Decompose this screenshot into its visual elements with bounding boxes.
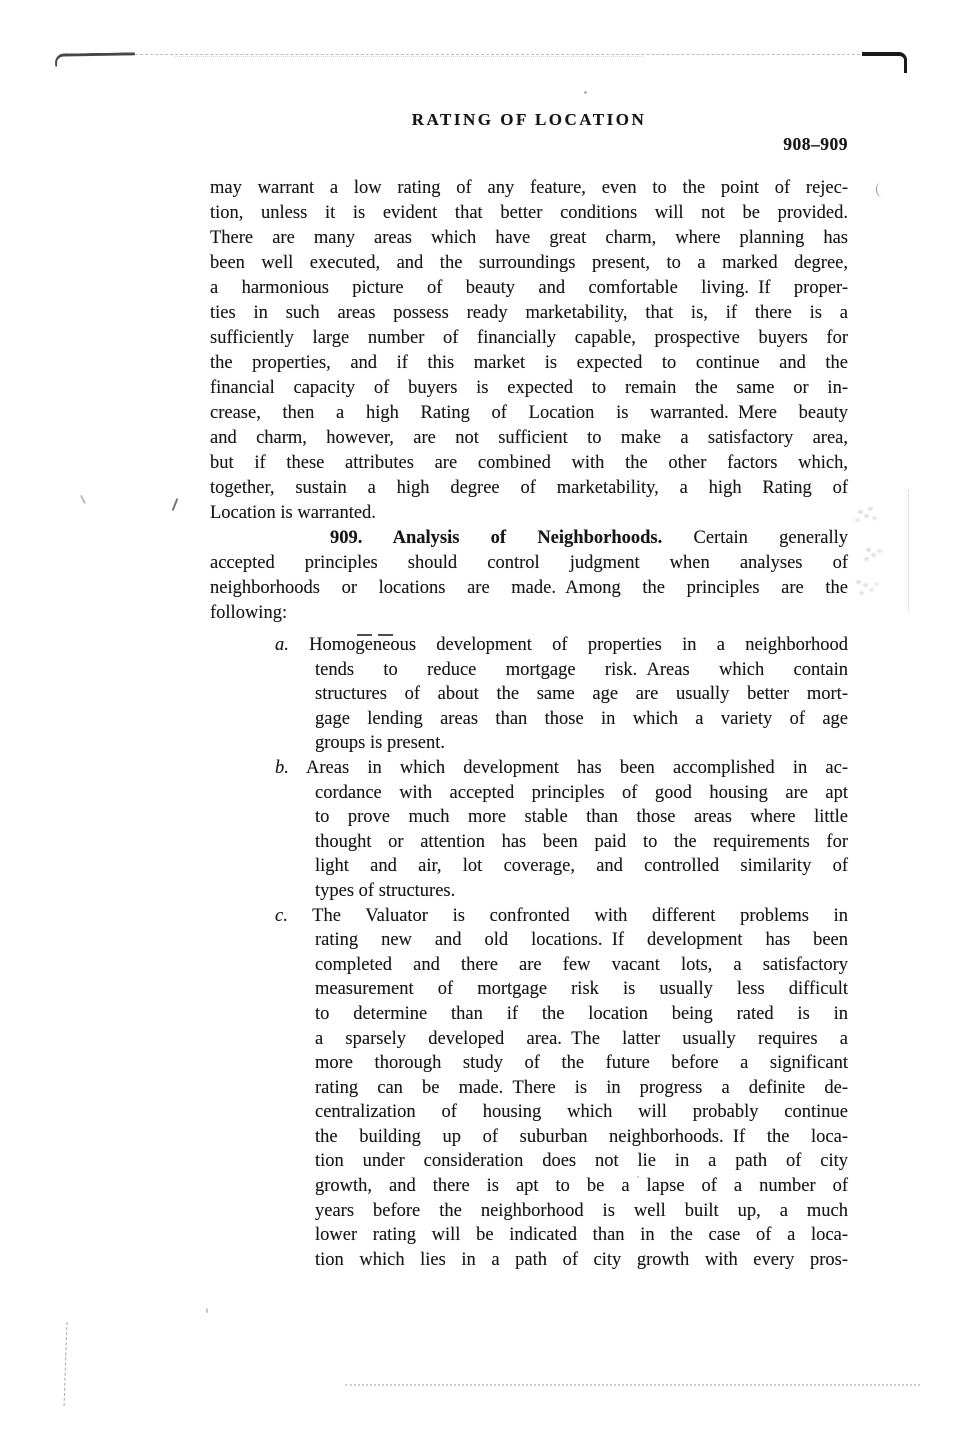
scan-artifact-overline [357,634,393,636]
text-line: measurement of mortgage risk is usually … [210,977,848,1002]
text-line: tends to reduce mortgage risk. Areas whi… [210,658,848,683]
text-line: gage lending areas than those in which a… [210,707,848,732]
text-line: to determine than if the location being … [210,1002,848,1027]
text-line: tion, unless it is evident that better c… [210,201,848,226]
principle-item-c: c. The Valuator is confronted with diffe… [210,904,848,1273]
text-line: together, sustain a high degree of marke… [210,476,848,501]
text-line: following: [210,601,848,626]
section-number-title: 909. Analysis of Neighborhoods. [330,528,662,548]
list-item-label: b. [275,758,289,778]
page-edge-dashes [65,54,900,55]
text-line: and charm, however, are not sufficient t… [210,426,848,451]
scan-artifact-paren-mark [875,183,884,198]
scan-artifact-tick-mark [80,495,86,504]
text-line: sufficiently large number of financially… [210,326,848,351]
text-block: RATING OF LOCATION 908–909 may warrant a… [210,110,848,1272]
scan-artifact-left-tick [64,1322,68,1406]
text-line: completed and there are few vacant lots,… [210,953,848,978]
page-edge-left-hook [55,52,135,66]
text-line: c. The Valuator is confronted with diffe… [210,904,848,929]
scanned-document-page: RATING OF LOCATION 908–909 may warrant a… [0,0,967,1445]
text-line: the properties, and if this market is ex… [210,351,848,376]
text-line: thought or attention has been paid to th… [210,830,848,855]
section-heading-line: 909. Analysis of Neighborhoods. Certain … [210,526,848,551]
running-head: RATING OF LOCATION [210,110,848,130]
text-line: years before the neighborhood is well bu… [210,1199,848,1224]
text-line: growth, and there is apt to be a lapse o… [210,1174,848,1199]
text-line: groups is present. [210,731,848,756]
text-line: the building up of suburban neighborhood… [210,1125,848,1150]
section-intro-lines: accepted principles should control judgm… [210,551,848,626]
text-line: may warrant a low rating of any feature,… [210,176,848,201]
text-line: more thorough study of the future before… [210,1051,848,1076]
text-line: b. Areas in which development has been a… [210,756,848,781]
section-heading-rest: Certain generally [693,528,848,548]
text-line: financial capacity of buyers is expected… [210,376,848,401]
text-line: a. Homogeneous development of properties… [210,633,848,658]
list-item-label: a. [275,635,289,655]
scan-artifact-margin-smudge [866,548,871,552]
scan-artifact-margin-smudge [858,510,863,514]
principle-item-b: b. Areas in which development has been a… [210,756,848,904]
text-line: to prove much more stable than those are… [210,805,848,830]
text-line: tion under consideration does not lie in… [210,1149,848,1174]
scan-artifact-slash-mark [172,498,179,511]
list-item-label: c. [275,906,288,926]
paragraph-marketability: may warrant a low rating of any feature,… [210,176,848,526]
text-line: centralization of housing which will pro… [210,1100,848,1125]
scan-artifact-gutter-line [908,490,909,612]
scan-artifact-margin-smudge [856,580,861,584]
text-line: neighborhoods or locations are made. Amo… [210,576,848,601]
page-numbers: 908–909 [210,134,848,155]
text-line: rating new and old locations. If develop… [210,928,848,953]
page-edge-right-corner [862,52,907,73]
text-line: crease, then a high Rating of Location i… [210,401,848,426]
scan-artifact-speck [637,1176,639,1178]
scan-artifact-bottom-line [345,1384,920,1386]
scan-artifact-speck [584,91,587,94]
text-line: There are many areas which have great ch… [210,226,848,251]
page-edge-dashes-faint [175,56,644,57]
section-909: 909. Analysis of Neighborhoods. Certain … [210,526,848,626]
text-line: a sparsely developed area. The latter us… [210,1027,848,1052]
text-line: tion which lies in a path of city growth… [210,1248,848,1273]
text-line: lower rating will be indicated than in t… [210,1223,848,1248]
text-line: types of structures. [210,879,848,904]
text-line: a harmonious picture of beauty and comfo… [210,276,848,301]
page-edge-line [55,53,907,75]
text-line: structures of about the same age are usu… [210,682,848,707]
principle-item-a: a. Homogeneous development of properties… [210,633,848,756]
scan-artifact-speck [206,1308,208,1313]
text-line: accepted principles should control judgm… [210,551,848,576]
text-line: Location is warranted. [210,501,848,526]
principles-list: a. Homogeneous development of properties… [210,633,848,1272]
text-line: but if these attributes are combined wit… [210,451,848,476]
text-line: rating can be made. There is in progress… [210,1076,848,1101]
text-line: cordance with accepted principles of goo… [210,781,848,806]
text-line: light and air, lot coverage, and control… [210,854,848,879]
text-line: ties in such areas possess ready marketa… [210,301,848,326]
text-line: been well executed, and the surroundings… [210,251,848,276]
